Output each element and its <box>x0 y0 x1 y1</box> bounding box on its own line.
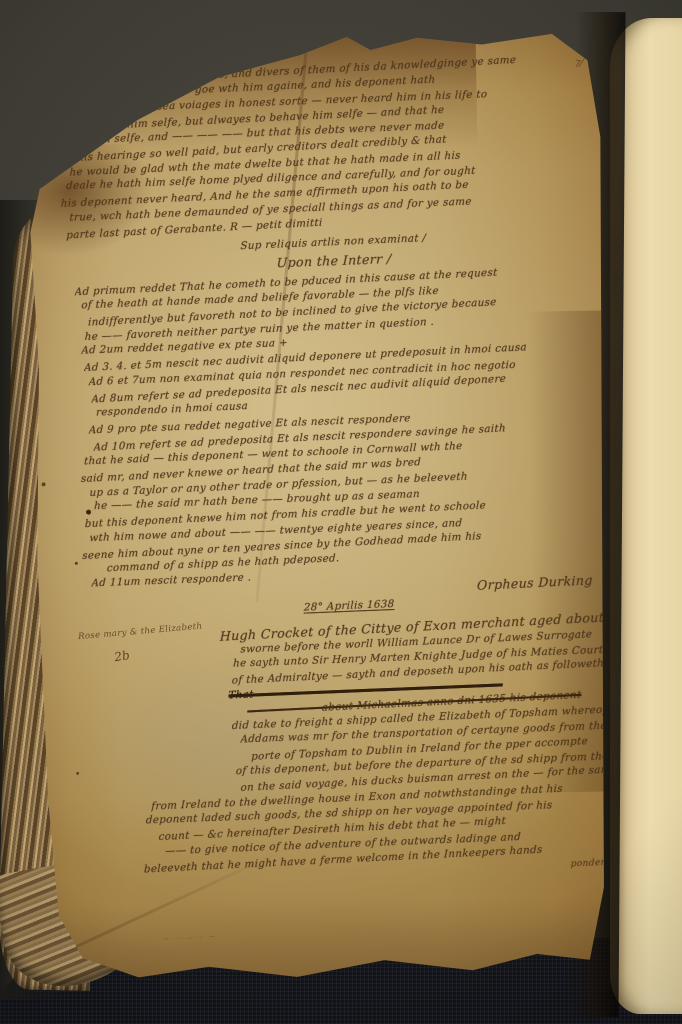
handwriting-layer: to sea at ye said mates, and divers of t… <box>55 50 631 893</box>
manuscript-page: ⁊/ to sea at ye said mates, and divers o… <box>18 21 619 992</box>
margin-numeral-mark: 2b <box>113 648 130 664</box>
photo-of-open-manuscript: ⁊/ to sea at ye said mates, and divers o… <box>0 0 682 1024</box>
section-crocket-deposition: Hugh Crocket of the Cittye of Exon merch… <box>80 610 632 893</box>
section-continued-deposition: to sea at ye said mates, and divers of t… <box>55 50 603 242</box>
section-answers-ad-1-8: Ad primum reddet That he cometh to be pd… <box>64 261 610 422</box>
ink-blot <box>42 482 46 486</box>
section-answers-ad-9-11: Ad 9 pro pte sua reddet negative Et als … <box>71 402 619 594</box>
ink-blot <box>76 772 79 775</box>
